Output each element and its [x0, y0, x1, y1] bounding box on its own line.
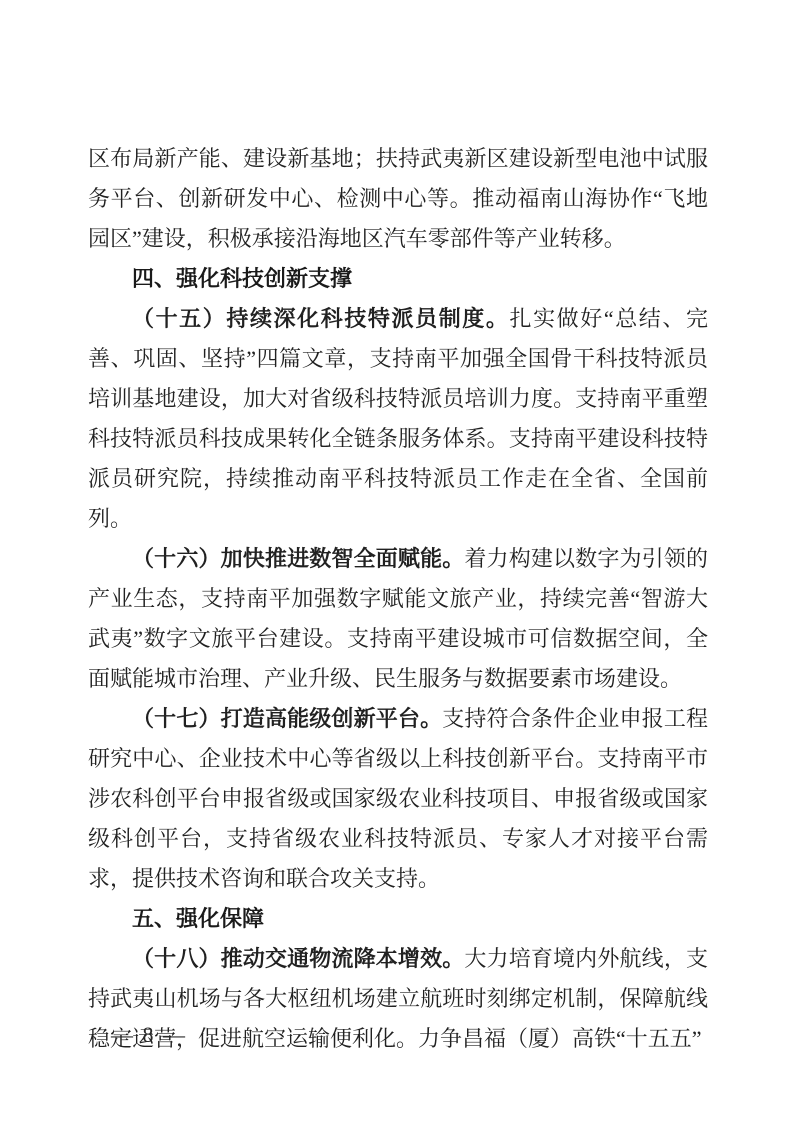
- clause-16-paragraph: （十六）加快推进数智全面赋能。着力构建以数字为引领的产业生态，支持南平加强数字赋…: [88, 539, 708, 699]
- section-heading-text: 五、强化保障: [132, 906, 264, 931]
- section-heading-4: 四、强化科技创新支撑: [88, 259, 708, 299]
- clause-15-lead: （十五）持续深化科技特派员制度。: [132, 306, 509, 331]
- clause-18-lead: （十八）推动交通物流降本增效。: [132, 946, 464, 971]
- page-number-text: — 8 —: [111, 1022, 187, 1047]
- document-page: 区布局新产能、建设新基地；扶持武夷新区建设新型电池中试服务平台、创新研发中心、检…: [0, 0, 793, 1122]
- paragraph-text: 区布局新产能、建设新基地；扶持武夷新区建设新型电池中试服务平台、创新研发中心、检…: [88, 146, 708, 251]
- clause-17-lead: （十七）打造高能级创新平台。: [132, 706, 442, 731]
- clause-15-text: 扎实做好“总结、完善、巩固、坚持”四篇文章，支持南平加强全国骨干科技特派员培训基…: [88, 306, 708, 531]
- section-heading-5: 五、强化保障: [88, 899, 708, 939]
- clause-16-lead: （十六）加快推进数智全面赋能。: [132, 546, 464, 571]
- clause-17-paragraph: （十七）打造高能级创新平台。支持符合条件企业申报工程研究中心、企业技术中心等省级…: [88, 699, 708, 899]
- paragraph-continuation: 区布局新产能、建设新基地；扶持武夷新区建设新型电池中试服务平台、创新研发中心、检…: [88, 139, 708, 259]
- page-number: — 8 —: [111, 1022, 187, 1048]
- clause-15-paragraph: （十五）持续深化科技特派员制度。扎实做好“总结、完善、巩固、坚持”四篇文章，支持…: [88, 299, 708, 539]
- document-body: 区布局新产能、建设新基地；扶持武夷新区建设新型电池中试服务平台、创新研发中心、检…: [88, 139, 708, 1059]
- clause-17-text: 支持符合条件企业申报工程研究中心、企业技术中心等省级以上科技创新平台。支持南平市…: [88, 706, 708, 891]
- section-heading-text: 四、强化科技创新支撑: [132, 266, 352, 291]
